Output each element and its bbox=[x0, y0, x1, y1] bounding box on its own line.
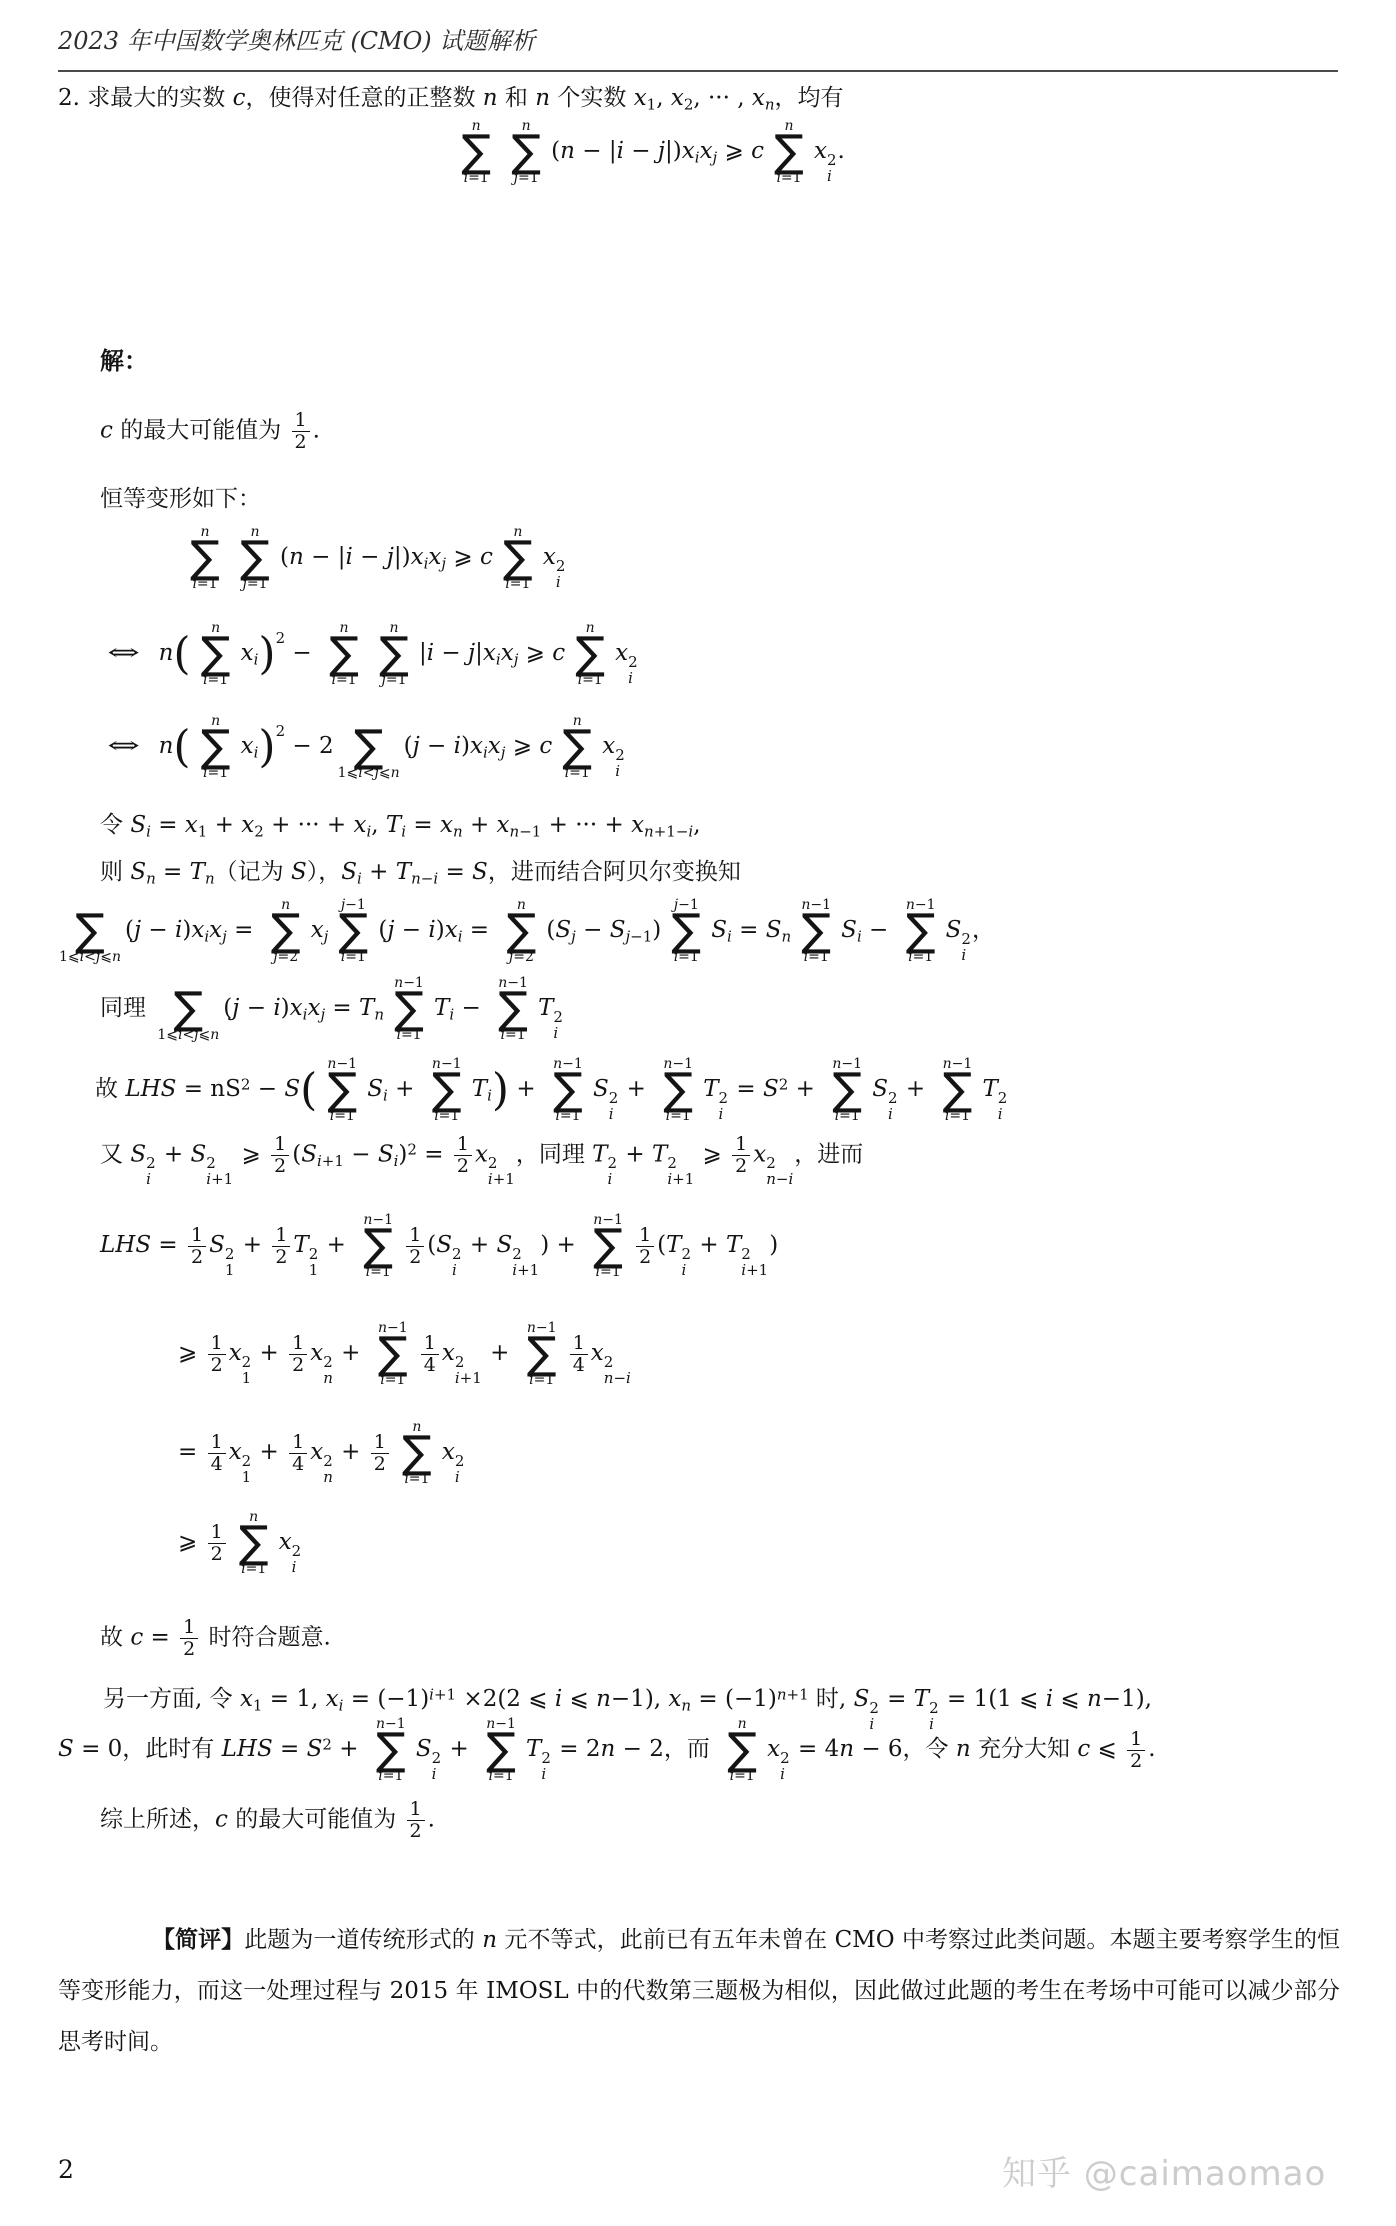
problem-statement: 2. 求最大的实数 c，使得对任意的正整数 n 和 n 个实数 x1, x2, … bbox=[58, 84, 844, 113]
solution-line-you: 又 S2i + S2i+1 ⩾ 12(Si+1 − Si)2 = 12x2i+1… bbox=[100, 1134, 863, 1188]
solution-line-identity-intro: 恒等变形如下： bbox=[100, 485, 261, 514]
problem-equation: n∑i=1n∑j=1(n − |i − j|)xixj ⩾ cn∑i=1x2i. bbox=[0, 118, 1296, 186]
solution-line-gu-c: 故 c = 12 时符合题意. bbox=[100, 1617, 331, 1660]
comment-section: 【简评】此题为一道传统形式的 n 元不等式，此前已有五年未曾在 CMO 中考察过… bbox=[58, 1914, 1340, 2068]
solution-line-abel: ∑1⩽i<j⩽n(j − i)xixj = n∑j=2xjj−1∑i=1(j −… bbox=[55, 897, 995, 965]
solution-line-eq-combine: = 14x21 + 14x2n + 12n∑i=1x2i bbox=[178, 1419, 465, 1487]
solution-line-equiv2: ⇔ n(n∑i=1xi)2 − 2 ∑1⩽i<j⩽n(j − i)xixj ⩾ … bbox=[108, 713, 626, 781]
solution-line-gu-lhs: 故 LHS = nS2 − S(n−1∑i=1Si + n−1∑i=1Ti) +… bbox=[95, 1056, 1008, 1124]
solution-line-s-zero: S = 0，此时有 LHS = S2 + n−1∑i=1S2i + n−1∑i=… bbox=[58, 1716, 1156, 1784]
solution-line-define-st: 令 Si = x1 + x2 + ··· + xi, Ti = xn + xn−… bbox=[100, 811, 701, 840]
comment-tag: 【简评】 bbox=[152, 1926, 244, 1953]
watermark: 知乎 @caimaomao bbox=[1002, 2146, 1326, 2195]
page-title: 2023 年中国数学奥林匹克 (CMO) 试题解析 bbox=[58, 26, 535, 56]
solution-line-equiv1: ⇔ n(n∑i=1xi)2 − n∑i=1n∑j=1|i − j|xixj ⩾ … bbox=[108, 620, 639, 688]
solution-line-lhs-expand: LHS = 12S21 + 12T21 + n−1∑i=112(S2i + S2… bbox=[100, 1212, 778, 1280]
solution-line-conclusion: 综上所述，c 的最大可能值为 12. bbox=[100, 1799, 435, 1842]
solution-label: 解： bbox=[100, 346, 148, 376]
document-page: 2023 年中国数学奥林匹克 (CMO) 试题解析 2. 求最大的实数 c，使得… bbox=[0, 0, 1396, 2226]
page-number: 2 bbox=[58, 2154, 74, 2185]
comment-body: 此题为一道传统形式的 n 元不等式，此前已有五年未曾在 CMO 中考察过此类问题… bbox=[58, 1927, 1340, 2055]
header-rule bbox=[58, 70, 1338, 72]
solution-line-tongli: 同理 ∑1⩽i<j⩽n(j − i)xixj = Tnn−1∑i=1Ti − n… bbox=[100, 975, 564, 1043]
solution-line-ge1: ⩾ 12x21 + 12x2n + n−1∑i=114x2i+1 + n−1∑i… bbox=[178, 1320, 632, 1388]
solution-line-then-st: 则 Sn = Tn（记为 S），Si + Tn−i = S，进而结合阿贝尔变换知 bbox=[100, 858, 741, 887]
solution-line-c-max: c 的最大可能值为 12. bbox=[100, 410, 320, 453]
solution-line-eq-restate: n∑i=1n∑j=1(n − |i − j|)xixj ⩾ cn∑i=1x2i bbox=[180, 524, 566, 592]
solution-line-ge2: ⩾ 12n∑i=1x2i bbox=[178, 1509, 302, 1577]
